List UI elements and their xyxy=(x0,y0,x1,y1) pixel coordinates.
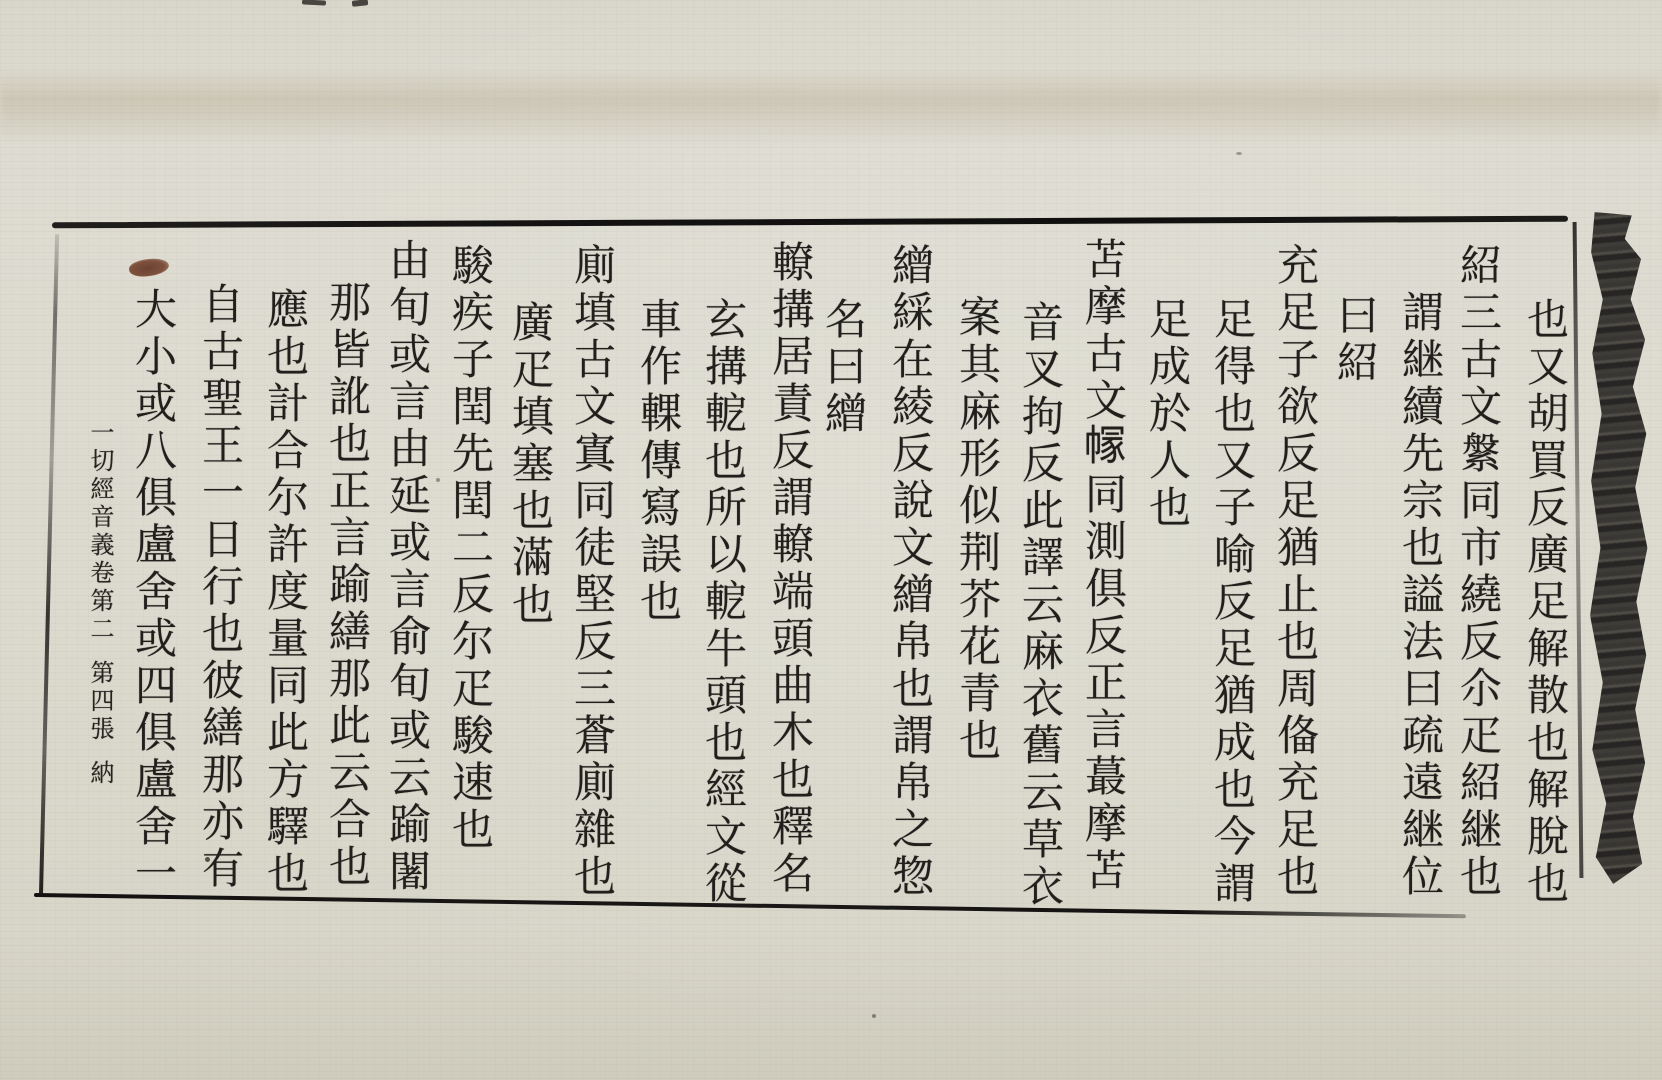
frame-top-border xyxy=(52,216,1568,229)
paper-fold-shadow xyxy=(0,68,1662,144)
frame-right-border xyxy=(1590,212,1648,884)
red-ink-stain xyxy=(128,256,170,278)
text-column: 玄搆軶也所以軶牛頭也經文從 xyxy=(696,297,750,908)
ink-speck xyxy=(205,857,210,862)
text-column: 紹三古文縏同市繞反尒疋紹継也 xyxy=(1451,243,1505,901)
text-column: 自古聖王一日行也彼繕那亦有 xyxy=(193,282,247,893)
text-column: 車作輠傳寫誤也 xyxy=(631,297,685,626)
text-column: 曰紹 xyxy=(1328,293,1382,387)
text-column: 音叉拘反此譯云麻衣舊云草衣 xyxy=(1013,300,1067,911)
text-column: 由旬或言由延或言俞旬或云踰闍 xyxy=(380,238,434,896)
ink-speck xyxy=(352,0,369,7)
paper-bottom-shade xyxy=(0,930,1662,1080)
text-column: 廁填古文寘同徒堅反三蒼廁雜也 xyxy=(565,243,619,901)
text-column: 謂継續先宗也謚法曰疏遠継位 xyxy=(1393,290,1447,901)
text-column: 繒綵在綾反說文繒帛也謂帛之惣 xyxy=(883,243,937,901)
frame-right-border-line xyxy=(1573,222,1584,878)
text-column: 足得也又子喻反足猶成也今謂 xyxy=(1205,297,1259,908)
ink-speck xyxy=(302,0,326,6)
text-column: 案其麻形似荆芥花青也 xyxy=(950,295,1004,765)
ink-speck xyxy=(1236,152,1242,155)
text-column: 駿疾子閏先閏二反尔疋駿速也 xyxy=(443,243,497,854)
text-column: 也又胡買反廣足解散也解脫也 xyxy=(1518,297,1572,908)
volume-colophon: 一切經音義卷第二第四張納 xyxy=(85,420,115,788)
text-column: 廣疋填塞也滿也 xyxy=(503,300,557,629)
text-column: 轑搆居責反謂轑端頭曲木也釋名 xyxy=(763,240,817,898)
ink-speck xyxy=(436,478,440,482)
text-column: 足成於人也 xyxy=(1140,297,1194,532)
frame-left-border xyxy=(39,234,59,894)
text-column: 那皆訛也正言踰繕那此云合也 xyxy=(320,280,374,891)
text-column: 應也計合尔許度量同此方驛也 xyxy=(258,287,312,898)
text-column: 苫摩古文𢄐同測俱反正言蕞摩苫 xyxy=(1076,237,1130,895)
colophon-title: 一切經音義卷第二 xyxy=(86,420,114,644)
ink-speck xyxy=(872,1014,876,1018)
colophon-printer-mark: 納 xyxy=(86,760,114,788)
colophon-sheet-number: 第四張 xyxy=(86,660,114,744)
text-column: 名曰繒 xyxy=(816,297,870,438)
text-column: 充足子欲反足猶止也周俻充足也 xyxy=(1268,243,1322,901)
text-column: 大小或八俱盧舍或四俱盧舍一 xyxy=(126,287,180,898)
manuscript-page: 也又胡買反廣足解散也解脫也 紹三古文縏同市繞反尒疋紹継也 謂継續先宗也謚法曰疏遠… xyxy=(0,0,1662,1080)
